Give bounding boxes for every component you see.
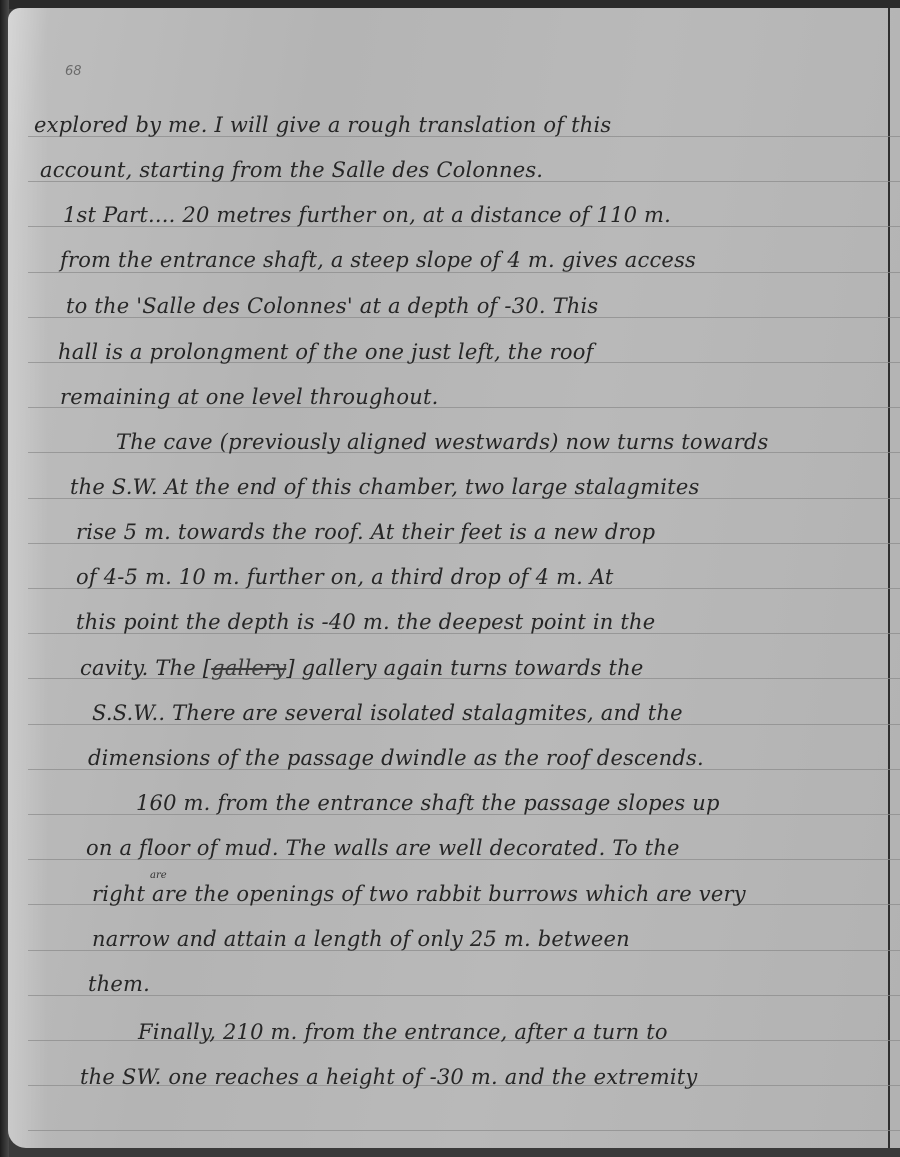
text-segment: gallery again turns towards the bbox=[295, 656, 644, 680]
text-line: Finally, 210 m. from the entrance, after… bbox=[138, 1020, 668, 1044]
text-line: explored by me. I will give a rough tran… bbox=[34, 113, 611, 137]
text-segment: cavity. The bbox=[80, 656, 203, 680]
text-line: rise 5 m. towards the roof. At their fee… bbox=[76, 520, 655, 544]
right-margin-line bbox=[888, 8, 890, 1148]
page-number: 68 bbox=[65, 64, 82, 79]
text-line: this point the depth is -40 m. the deepe… bbox=[76, 610, 655, 634]
text-line: to the 'Salle des Colonnes' at a depth o… bbox=[66, 294, 598, 318]
inserted-word: are bbox=[150, 870, 167, 881]
text-line: the S.W. At the end of this chamber, two… bbox=[70, 475, 699, 499]
text-line: cavity. The [gallery] gallery again turn… bbox=[80, 656, 643, 680]
text-line: from the entrance shaft, a steep slope o… bbox=[60, 248, 696, 272]
text-line: of 4-5 m. 10 m. further on, a third drop… bbox=[76, 565, 614, 589]
text-line: on a floor of mud. The walls are well de… bbox=[86, 836, 680, 860]
text-line: 160 m. from the entrance shaft the passa… bbox=[136, 791, 720, 815]
text-line: remaining at one level throughout. bbox=[60, 385, 438, 409]
text-line: dimensions of the passage dwindle as the… bbox=[88, 746, 704, 770]
text-line: 1st Part.... 20 metres further on, at a … bbox=[63, 203, 671, 227]
struck-word: gallery bbox=[211, 656, 286, 680]
text-line: right are the openings of two rabbit bur… bbox=[92, 882, 746, 906]
text-line: The cave (previously aligned westwards) … bbox=[116, 430, 769, 454]
text-line: account, starting from the Salle des Col… bbox=[40, 158, 543, 182]
text-line: hall is a prolongment of the one just le… bbox=[58, 340, 594, 364]
ruled-line bbox=[28, 1130, 900, 1131]
text-line: S.S.W.. There are several isolated stala… bbox=[92, 701, 683, 725]
text-line: narrow and attain a length of only 25 m.… bbox=[92, 927, 630, 951]
ruled-line bbox=[28, 995, 900, 996]
notebook-page: 68 explored by me. I will give a rough t… bbox=[8, 8, 900, 1148]
text-line: them. bbox=[88, 972, 150, 996]
text-line: the SW. one reaches a height of -30 m. a… bbox=[80, 1065, 697, 1089]
